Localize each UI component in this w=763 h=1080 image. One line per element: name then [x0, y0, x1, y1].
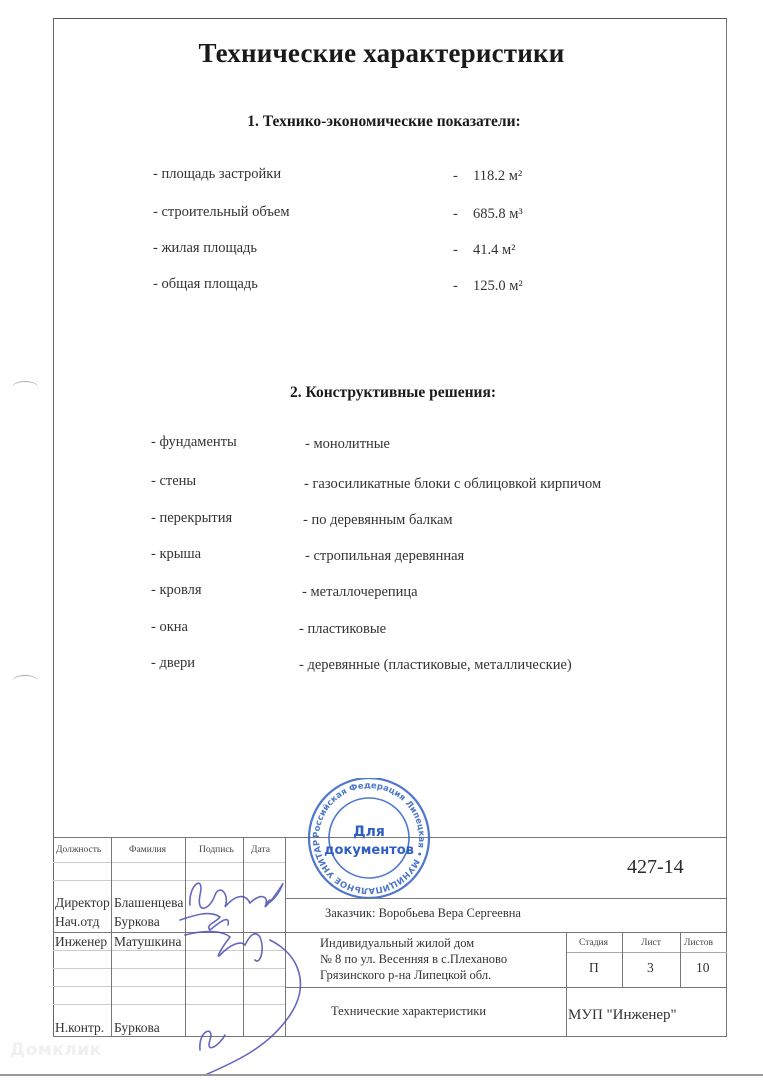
construction-label: - кровля — [151, 582, 202, 599]
stage-value: П — [589, 960, 599, 976]
domclick-watermark: Домклик — [10, 1040, 102, 1060]
construction-value: - металлочерепица — [302, 584, 418, 601]
construction-label: - перекрытия — [151, 510, 232, 527]
indicator-value: 685.8 м³ — [473, 206, 523, 223]
header-date: Дата — [251, 845, 270, 855]
indicator-label: - жилая площадь — [153, 240, 257, 257]
stage-label: Стадия — [579, 938, 608, 948]
sheet-label: Лист — [641, 938, 661, 948]
indicator-label: - общая площадь — [153, 276, 258, 293]
page-bottom-edge — [0, 1074, 763, 1076]
sheet-value: 3 — [647, 960, 654, 976]
construction-label: - двери — [151, 655, 195, 672]
construction-label: - фундаменты — [151, 434, 237, 451]
header-signature: Подпись — [199, 845, 234, 855]
indicator-dash: - — [453, 206, 458, 223]
person-surname: Буркова — [114, 914, 160, 930]
construction-value: - деревянные (пластиковые, металлические… — [299, 657, 572, 674]
document-code: 427-14 — [627, 856, 684, 879]
indicator-value: 41.4 м² — [473, 242, 516, 259]
document-title: Технические характеристики — [0, 38, 763, 69]
section1-heading: 1. Технико-экономические показатели: — [0, 113, 763, 131]
construction-value: - стропильная деревянная — [305, 548, 464, 565]
construction-value: - по деревянным балкам — [303, 512, 453, 529]
organization-name: МУП "Инженер" — [568, 1007, 677, 1024]
indicator-label: - площадь застройки — [153, 166, 281, 183]
construction-label: - крыша — [151, 546, 201, 563]
construction-label: - стены — [151, 473, 196, 490]
indicator-dash: - — [453, 168, 458, 185]
construction-value: - монолитные — [305, 436, 390, 453]
indicator-value: 125.0 м² — [473, 278, 523, 295]
construction-label: - окна — [151, 619, 188, 636]
header-surname: Фамилия — [129, 845, 166, 855]
punch-hole-mark — [12, 675, 38, 688]
construction-value: - газосиликатные блоки с облицовкой кирп… — [304, 476, 601, 493]
stamp-center-line2: документов — [324, 843, 414, 858]
indicator-label: - строительный объем — [153, 204, 290, 221]
punch-hole-mark — [12, 381, 38, 394]
sheets-value: 10 — [696, 960, 710, 976]
indicator-value: 118.2 м² — [473, 168, 522, 185]
person-position: Инженер — [55, 934, 107, 950]
handwritten-signatures — [160, 865, 360, 1080]
person-position: Нач.отд — [55, 914, 100, 930]
sheets-label: Листов — [684, 938, 713, 948]
section2-heading: 2. Конструктивные решения: — [290, 384, 496, 402]
person-surname: Буркова — [114, 1020, 160, 1036]
indicator-dash: - — [453, 278, 458, 295]
stamp-center-line1: Для — [353, 824, 385, 840]
indicator-dash: - — [453, 242, 458, 259]
header-position: Должность — [56, 845, 101, 855]
construction-value: - пластиковые — [299, 621, 386, 638]
person-position: Директор — [55, 895, 110, 911]
person-position: Н.контр. — [55, 1020, 104, 1036]
